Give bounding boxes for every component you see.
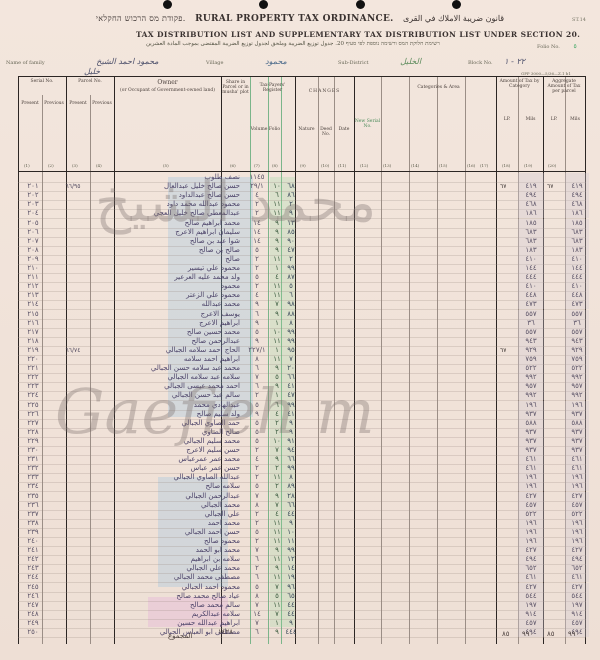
- cell-fol: ٢٨: [284, 492, 298, 501]
- cell-share: ٤: [243, 191, 271, 200]
- cell-serial: ٢٣٧: [20, 510, 46, 519]
- cell-fol: ٨٨: [284, 310, 298, 319]
- cell-tax: ٥٥٧: [518, 310, 544, 319]
- column-number: (6): [230, 163, 236, 168]
- cell-owner: محمد علي الجبالي: [120, 564, 240, 573]
- cell-tax: ٤٦٨: [518, 200, 544, 209]
- cell-vol: ٩: [270, 246, 284, 255]
- cell-fol: ٩٩: [284, 264, 298, 273]
- cell-owner: محمود عبدالله محمد داود: [120, 200, 240, 209]
- cell-serial: ٢٢٢: [20, 373, 46, 382]
- village-label: Village: [206, 60, 223, 66]
- cell-tax: ١٨٣: [518, 246, 544, 255]
- cell-tax2: ٥٤٤: [565, 592, 589, 601]
- cell-fol: ١١: [284, 537, 298, 546]
- table-row: ٢٥٠مصطفى ابو العباس الجبالي٦٩٤٤٤٤٩٤٤٩٤: [18, 628, 586, 638]
- cell-parcel-prev: [58, 255, 88, 264]
- cell-owner: عبدالله الصاوي الجبالي: [120, 473, 240, 482]
- cell-owner: محمد ابو الحمد: [120, 546, 240, 555]
- cell-parcel-prev: [58, 200, 88, 209]
- cell-parcel-prev: [58, 446, 88, 455]
- cell-vol: ١١: [270, 555, 284, 564]
- cell-parcel-prev: [58, 592, 88, 601]
- cell-serial: ٢١٥: [20, 310, 46, 319]
- cell-vol: ٥: [270, 592, 284, 601]
- cell-tax: ٤٢٧: [518, 492, 544, 501]
- cell-fol: ٦٦: [284, 455, 298, 464]
- cell-vol: ٩: [270, 492, 284, 501]
- cell-tax2: ٩٣٧: [565, 437, 589, 446]
- cell-owner: حسن احمد الجبالي: [120, 528, 240, 537]
- cell-owner: عبدالمعطي صالح خليل العجي: [120, 209, 240, 218]
- cell-serial: ٢٢٨: [20, 428, 46, 437]
- block-field: Block No. ٢٢ - ١: [468, 57, 525, 66]
- cell-parcel-prev: [58, 310, 88, 319]
- cell-fol: [284, 173, 298, 182]
- header-new-serial: New Serial No.: [354, 119, 381, 129]
- cell-parcel-prev: [58, 501, 88, 510]
- block-value: ٢٢ - ١: [504, 57, 525, 66]
- cell-share: ٧: [243, 619, 271, 628]
- cell-tax2: ٤٦١: [565, 464, 589, 473]
- cell-vol: ٩: [270, 455, 284, 464]
- cell-owner: سلامه بن ابراهيم: [120, 555, 240, 564]
- cell-tax2: ٩٥٧: [565, 382, 589, 391]
- cell-owner: صالح بن صالح: [120, 246, 240, 255]
- cell-parcel-prev: [58, 510, 88, 519]
- cell-serial: ٢٤١: [20, 546, 46, 555]
- cell-lp-2: ٦٧: [547, 182, 553, 191]
- cell-parcel-prev: [58, 300, 88, 309]
- cell-vol: ٤: [270, 510, 284, 519]
- cell-share: ٢: [243, 446, 271, 455]
- cell-parcel-prev: [58, 355, 88, 364]
- header-serial: Serial No.: [18, 79, 66, 84]
- cell-parcel-prev: [58, 573, 88, 582]
- cell-serial: ٢٢٧: [20, 419, 46, 428]
- cell-serial: ٢٢٩: [20, 437, 46, 446]
- cell-serial: ٢٣١: [20, 455, 46, 464]
- cell-parcel-prev: [58, 191, 88, 200]
- column-number: (17): [480, 163, 488, 168]
- cell-parcel-prev: [58, 282, 88, 291]
- column-number: (20): [548, 163, 556, 168]
- cell-vol: ١١: [270, 573, 284, 582]
- cell-vol: ١٠: [270, 182, 284, 191]
- cell-serial: ٢٣٩: [20, 528, 46, 537]
- header-aggregate: Aggregate Amount of Tax per parcel: [543, 79, 585, 94]
- cell-share: ٥: [243, 401, 271, 410]
- cell-tax2: ٦٥٢: [565, 564, 589, 573]
- cell-serial: ٢٥٠: [20, 628, 46, 637]
- cell-serial: ٢٤٩: [20, 619, 46, 628]
- cell-fol: ٩٩: [284, 546, 298, 555]
- cell-serial: ٢٣٢: [20, 464, 46, 473]
- cell-owner: صالح الصاوي: [120, 428, 240, 437]
- cell-serial: ٢٠٢: [20, 191, 46, 200]
- title-english: RURAL PROPERTY TAX ORDINANCE.: [195, 14, 393, 24]
- header-owner-sub: (or Occupant of Government-owned land): [114, 88, 221, 93]
- cell-parcel-prev: [58, 237, 88, 246]
- tax-distribution-document: ST.14 פקודת מס הרכוש החקלאי. RURAL PROPE…: [0, 0, 600, 660]
- cell-serial: ٢١٦: [20, 319, 46, 328]
- cell-tax2: ٥٥٧: [565, 328, 589, 337]
- cell-tax: ٤٩٤: [518, 555, 544, 564]
- cell-parcel-prev: [58, 209, 88, 218]
- cell-share: ٢: [243, 282, 271, 291]
- cell-tax: ١٤٤: [518, 264, 544, 273]
- cell-vol: ٧: [270, 446, 284, 455]
- cell-vol: ٤: [270, 410, 284, 419]
- cell-parcel-prev: [58, 601, 88, 610]
- cell-share: ٢: [243, 564, 271, 573]
- cell-tax2: ٦٨٣: [565, 237, 589, 246]
- cell-serial: ٢٠٧: [20, 237, 46, 246]
- cell-vol: ١١: [270, 519, 284, 528]
- total-share: ١٤٢٨: [218, 628, 233, 636]
- cell-tax: ٩٣٧: [518, 437, 544, 446]
- cell-serial: ٢٢٥: [20, 401, 46, 410]
- cell-fol: ٢: [284, 255, 298, 264]
- cell-share: ٢: [243, 473, 271, 482]
- header-parcel-present: Present: [66, 101, 90, 106]
- cell-share: ١٤: [243, 237, 271, 246]
- cell-tax2: ١٨٣: [565, 246, 589, 255]
- cell-tax2: ٤١٩: [565, 182, 589, 191]
- cell-parcel-prev: [58, 228, 88, 237]
- cell-tax2: ٣٦: [565, 319, 589, 328]
- cell-fol: ٢: [284, 200, 298, 209]
- cell-tax: [518, 173, 544, 182]
- cell-owner: سالم عبد حسن الجبالي: [120, 391, 240, 400]
- cell-tax2: ٥٢٢: [565, 364, 589, 373]
- cell-tax: ٩٩٢: [518, 373, 544, 382]
- cell-fol: ٨: [284, 473, 298, 482]
- cell-fol: ٤١: [284, 410, 298, 419]
- cell-tax: ٩٥٧: [518, 382, 544, 391]
- cell-serial: ٢٠٨: [20, 246, 46, 255]
- cell-serial: ٢٤٤: [20, 573, 46, 582]
- cell-owner: محمود صالح: [120, 537, 240, 546]
- title-arabic: قانون ضريبة الاملاك في القرى: [403, 14, 504, 23]
- cell-serial: ٢٢٣: [20, 382, 46, 391]
- cell-tax2: ٩٤٣: [565, 337, 589, 346]
- cell-tax2: ٤٦٨: [565, 200, 589, 209]
- column-number: (9): [300, 163, 306, 168]
- column-number: (1): [24, 163, 30, 168]
- cell-parcel-prev: [58, 564, 88, 573]
- column-number: (8): [272, 163, 278, 168]
- punch-hole: [259, 0, 268, 9]
- header-amount-tax: Amount of Tax by Category: [496, 79, 543, 89]
- cell-owner: احمد محمد عيسى الجبالي: [120, 382, 240, 391]
- cell-fol: ٩١: [284, 437, 298, 446]
- cell-parcel-prev: [58, 337, 88, 346]
- cell-share: ٢: [243, 537, 271, 546]
- cell-serial: ٢٣٠: [20, 446, 46, 455]
- cell-parcel-prev: [58, 382, 88, 391]
- cell-vol: ١١: [270, 355, 284, 364]
- cell-parcel-prev: [58, 264, 88, 273]
- cell-share: ٢: [243, 209, 271, 218]
- cell-tax: ٤١٠: [518, 282, 544, 291]
- cell-parcel-prev: [58, 373, 88, 382]
- header-volume: Volume: [250, 127, 268, 132]
- cell-tax2: ١٤٤: [565, 264, 589, 273]
- cell-fol: ٨: [284, 319, 298, 328]
- cell-owner: عياد صالح محمد صالح: [120, 592, 240, 601]
- cell-vol: ٩: [270, 364, 284, 373]
- cell-share: ٢: [243, 510, 271, 519]
- cell-owner: حسن عمر عباس: [120, 464, 240, 473]
- cell-share: ٤: [243, 455, 271, 464]
- tax-distribution-table: Serial No. Present Previous Parcel No. P…: [18, 76, 586, 644]
- cell-tax2: ٥٨٨: [565, 419, 589, 428]
- cell-tax: ٩٩٢: [518, 391, 544, 400]
- cell-serial: ٢١٩: [20, 346, 46, 355]
- cell-parcel-prev: [58, 419, 88, 428]
- cell-parcel-prev: [58, 519, 88, 528]
- cell-vol: ٩: [270, 546, 284, 555]
- cell-vol: ١١: [270, 209, 284, 218]
- cell-tax: ٤٦١: [518, 455, 544, 464]
- cell-owner: محمود علي تيسير: [120, 264, 240, 273]
- cell-owner: حمد الصاوي الجبالي: [120, 419, 240, 428]
- cell-share: ٢: [243, 255, 271, 264]
- cell-share: ٦: [243, 573, 271, 582]
- cell-owner: شوا عبد بن صالح: [120, 237, 240, 246]
- cell-fol: ٨٥: [284, 228, 298, 237]
- cell-tax2: ٤٢٧: [565, 583, 589, 592]
- cell-serial: ٢٠٣: [20, 200, 46, 209]
- cell-share: ٢: [243, 519, 271, 528]
- cell-tax2: ٤٦١: [565, 573, 589, 582]
- cell-serial: ٢٤٠: [20, 537, 46, 546]
- cell-parcel-prev: [58, 537, 88, 546]
- cell-tax: ٤١٩: [518, 182, 544, 191]
- cell-share: ٩: [243, 337, 271, 346]
- cell-parcel-prev: [58, 473, 88, 482]
- cell-fol: ٩: [284, 419, 298, 428]
- cell-tax: ٣٦: [518, 319, 544, 328]
- cell-owner: محمد الجبالي: [120, 501, 240, 510]
- cell-serial: ٢٢٤: [20, 391, 46, 400]
- cell-tax: ٥٢٢: [518, 510, 544, 519]
- cell-fol: ٩: [284, 519, 298, 528]
- cell-vol: ٩: [270, 310, 284, 319]
- column-number: (13): [383, 163, 391, 168]
- cell-parcel-prev: [58, 492, 88, 501]
- column-number: (4): [96, 163, 102, 168]
- cell-vol: [270, 173, 284, 182]
- cell-tax2: ٩٣٧: [565, 410, 589, 419]
- cell-owner: محمد احمد: [120, 519, 240, 528]
- cell-owner: مصطفى محمد الجبالي: [120, 573, 240, 582]
- cell-lp: ٦٧: [500, 182, 506, 191]
- document-title: פקודת מס הרכוש החקלאי. RURAL PROPERTY TA…: [0, 14, 600, 24]
- column-number: (3): [72, 163, 78, 168]
- cell-owner: حسن صالح عبدالداود: [120, 191, 240, 200]
- header-lp-2: LP.: [543, 117, 565, 122]
- cell-tax: ٥٤٤: [518, 592, 544, 601]
- cell-share: ٦: [243, 364, 271, 373]
- cell-tax2: ٩٢٩: [565, 346, 589, 355]
- cell-tax2: ٥٢٢: [565, 510, 589, 519]
- cell-share: ٢: [243, 464, 271, 473]
- document-subtitle-translations: רשימת חלוקת המס ורשימה נוספת לפי סעיף 20…: [136, 41, 440, 47]
- cell-tax2: ٤٥٧: [565, 501, 589, 510]
- cell-parcel-prev: [58, 464, 88, 473]
- cell-vol: ٦: [270, 401, 284, 410]
- cell-tax2: ٩٩٢: [565, 391, 589, 400]
- cell-lp: ٦٧: [500, 346, 506, 355]
- cell-tax: ٤٤٤: [518, 273, 544, 282]
- cell-tax2: ٤٤٤: [565, 273, 589, 282]
- cell-serial: ٢٢١: [20, 364, 46, 373]
- title-hebrew: פקודת מס הרכוש החקלאי.: [96, 14, 186, 23]
- cell-serial: ٢١٤: [20, 300, 46, 309]
- cell-fol: ٩٠: [284, 237, 298, 246]
- cell-owner: سلامه صالح: [120, 482, 240, 491]
- header-lp: LP.: [496, 117, 518, 122]
- cell-serial: ٢٣٨: [20, 519, 46, 528]
- cell-serial: ٢٤٨: [20, 610, 46, 619]
- cell-owner: ولد محمد عليه العرعير: [120, 273, 240, 282]
- cell-tax: ٥٥٧: [518, 328, 544, 337]
- cell-vol: ١١: [270, 291, 284, 300]
- cell-fol: ٤٤: [284, 510, 298, 519]
- cell-parcel-prev: [58, 528, 88, 537]
- cell-tax: ١٩٦: [518, 401, 544, 410]
- cell-parcel-prev: [58, 291, 88, 300]
- cell-tax2: ١٩٧: [565, 601, 589, 610]
- cell-vol: ٩: [270, 564, 284, 573]
- cell-share: ٢: [243, 200, 271, 209]
- total-mils: ٩٩٠: [522, 630, 533, 638]
- cell-tax2: ١٨٦: [565, 209, 589, 218]
- cell-parcel-prev: ٦٦/٧٤: [58, 346, 88, 355]
- cell-vol: ٥: [270, 373, 284, 382]
- column-number: (16): [467, 163, 475, 168]
- sub-district-label: Sub-District: [338, 60, 369, 66]
- cell-owner: محمود احمد الجبالي: [120, 583, 240, 592]
- column-number: (10): [321, 163, 329, 168]
- cell-share: ٥: [243, 428, 271, 437]
- cell-tax2: ٩١٤: [565, 610, 589, 619]
- cell-share: ٧: [243, 546, 271, 555]
- village-field: Village محمود: [206, 57, 287, 66]
- family-label: Name of family: [6, 60, 45, 66]
- cell-fol: ٩٩: [284, 464, 298, 473]
- cell-tax2: ١٨٥: [565, 219, 589, 228]
- cell-tax2: ١٩٦: [565, 537, 589, 546]
- cell-owner: علي الجبالي: [120, 510, 240, 519]
- cell-serial: ٢٣٣: [20, 473, 46, 482]
- cell-vol: ١١: [270, 337, 284, 346]
- cell-tax: ٤٦١: [518, 573, 544, 582]
- family-field: Name of family محمود احمد الشيخ: [6, 57, 159, 66]
- cell-owner: محمد عمر عمرعباس: [120, 455, 240, 464]
- cell-vol: ١: [270, 264, 284, 273]
- cell-parcel-prev: [58, 391, 88, 400]
- cell-vol: ٧: [270, 300, 284, 309]
- cell-fol: ١٤: [284, 564, 298, 573]
- cell-tax: ٧٥٩: [518, 355, 544, 364]
- cell-parcel-prev: [58, 482, 88, 491]
- cell-share: ٥: [243, 246, 271, 255]
- cell-fol: ٤٧: [284, 391, 298, 400]
- cell-fol: ٦٦: [284, 373, 298, 382]
- header-deed: Deed No.: [318, 127, 334, 137]
- cell-owner: يوسف الاعرج: [120, 310, 240, 319]
- cell-vol: ١١: [270, 528, 284, 537]
- cell-share: ٦: [243, 628, 271, 637]
- cell-parcel-prev: [58, 546, 88, 555]
- cell-parcel-prev: [58, 628, 88, 637]
- cell-serial: ٢٤٧: [20, 601, 46, 610]
- cell-fol: ٨٦: [284, 191, 298, 200]
- cell-vol: ٤: [270, 273, 284, 282]
- cell-owner: محمد سليم الجبالي: [120, 437, 240, 446]
- cell-parcel-prev: [58, 619, 88, 628]
- header-categories: Categories & Area: [381, 85, 496, 90]
- cell-tax2: ٤١٠: [565, 255, 589, 264]
- cell-parcel-prev: ٦٦/٩٥: [58, 182, 88, 191]
- cell-fol: ٤٤: [284, 610, 298, 619]
- cell-owner: محمد حسين صالح: [120, 328, 240, 337]
- cell-fol: ٥: [284, 282, 298, 291]
- cell-share: ٥: [243, 583, 271, 592]
- cell-vol: ٢: [270, 428, 284, 437]
- cell-tax2: ١٩٦: [565, 401, 589, 410]
- punch-hole: [452, 0, 461, 9]
- cell-vol: ٩: [270, 228, 284, 237]
- cell-fol: ٢٠: [284, 364, 298, 373]
- block-label: Block No.: [468, 60, 493, 66]
- family-field-line2: خليل: [84, 67, 100, 76]
- cell-parcel-prev: [58, 428, 88, 437]
- subtitle-arabic: جدول توزيع الضريبة وملحق لجدول توزيع الض…: [146, 41, 333, 47]
- cell-tax: ٤٢٧: [518, 583, 544, 592]
- cell-tax: ٤٥٧: [518, 501, 544, 510]
- cell-share: ٩: [243, 300, 271, 309]
- cell-serial: ٢٤٦: [20, 592, 46, 601]
- cell-tax2: ٤٦١: [565, 455, 589, 464]
- cell-parcel-prev: [58, 328, 88, 337]
- cell-owner: عبدالرحمن الجبالي: [120, 492, 240, 501]
- cell-share: ١٤: [243, 228, 271, 237]
- header-parcel-previous: Previous: [90, 101, 114, 106]
- cell-tax2: ٤٩٤: [565, 555, 589, 564]
- cell-tax: ٥٢٢: [518, 364, 544, 373]
- cell-vol: ٦: [270, 191, 284, 200]
- cell-share: ٦: [243, 555, 271, 564]
- cell-tax: ٩٤٣: [518, 337, 544, 346]
- family-value: محمود احمد الشيخ: [96, 57, 158, 66]
- cell-vol: ٢: [270, 464, 284, 473]
- column-number: (19): [524, 163, 532, 168]
- cell-parcel-prev: [58, 583, 88, 592]
- cell-serial: ٢١١: [20, 273, 46, 282]
- cell-fol: ٩٤: [284, 446, 298, 455]
- cell-tax2: ٤١٠: [565, 282, 589, 291]
- cell-vol: ١١: [270, 601, 284, 610]
- cell-fol: ٨٩: [284, 482, 298, 491]
- document-subtitle: TAX DISTRIBUTION LIST AND SUPPLEMENTARY …: [136, 30, 580, 39]
- cell-tax: ٤٦١: [518, 464, 544, 473]
- cell-vol: ١: [270, 319, 284, 328]
- cell-fol: ٤٤: [284, 601, 298, 610]
